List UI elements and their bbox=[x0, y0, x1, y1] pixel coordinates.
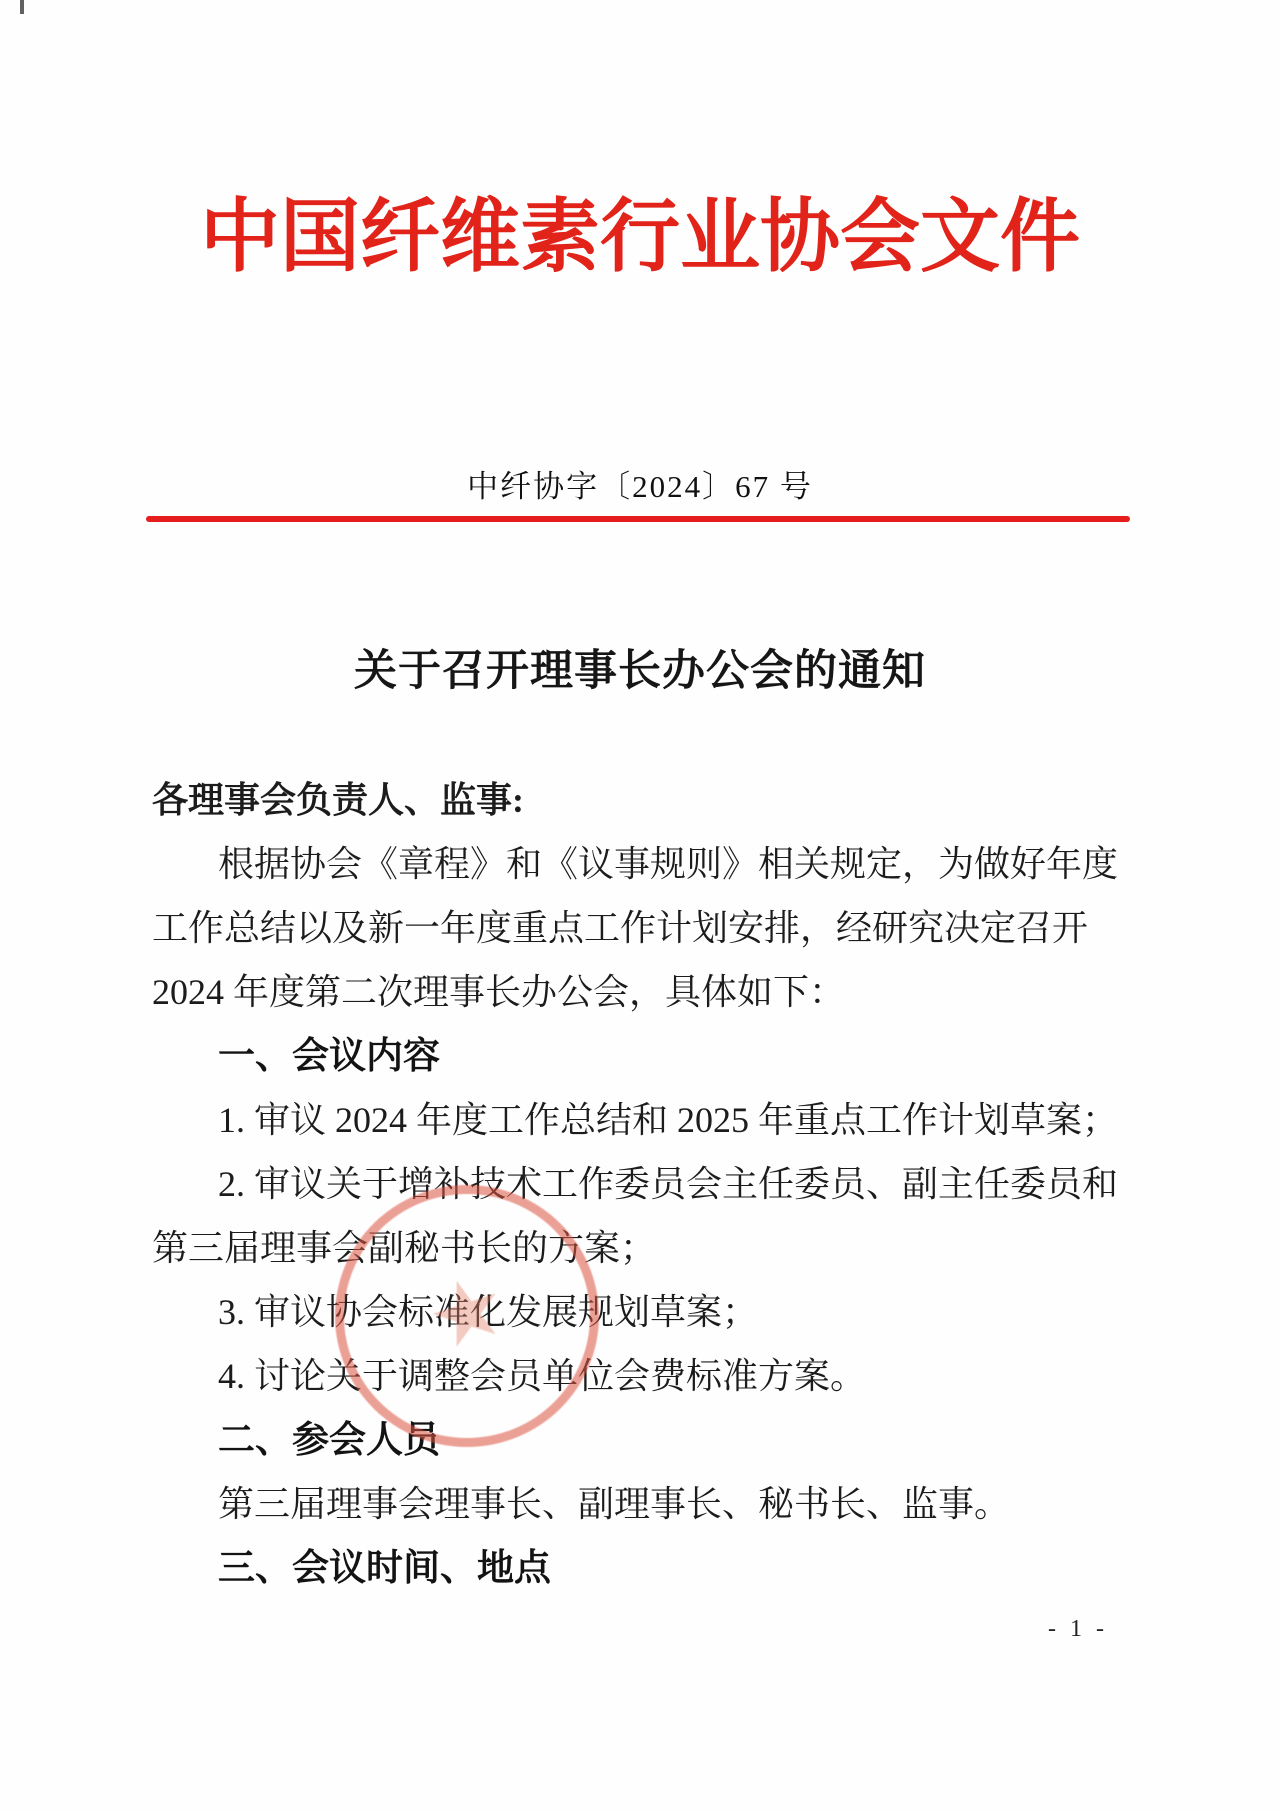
body-line: 一、会议内容 bbox=[152, 1024, 1144, 1088]
page-number: - 1 - bbox=[1048, 1616, 1108, 1643]
body-line: 4. 讨论关于调整会员单位会费标准方案。 bbox=[152, 1344, 1144, 1408]
doc-number: 中纤协字〔2024〕67 号 bbox=[0, 461, 1280, 506]
body-line: 各理事会负责人、监事: bbox=[152, 768, 1144, 832]
body-line: 三、会议时间、地点 bbox=[152, 1536, 1144, 1600]
body-line: 根据协会《章程》和《议事规则》相关规定，为做好年度 bbox=[152, 832, 1144, 896]
document-body: 各理事会负责人、监事:根据协会《章程》和《议事规则》相关规定，为做好年度工作总结… bbox=[152, 768, 1144, 1600]
body-line: 2024 年度第二次理事长办公会，具体如下： bbox=[152, 960, 1144, 1024]
document-title: 关于召开理事长办公会的通知 bbox=[0, 637, 1280, 698]
scan-artifact-mark bbox=[20, 0, 24, 14]
body-line: 2. 审议关于增补技术工作委员会主任委员、副主任委员和 bbox=[152, 1152, 1144, 1216]
body-line: 二、参会人员 bbox=[152, 1408, 1144, 1472]
body-line: 1. 审议 2024 年度工作总结和 2025 年重点工作计划草案； bbox=[152, 1088, 1144, 1152]
body-line: 工作总结以及新一年度重点工作计划安排，经研究决定召开 bbox=[152, 896, 1144, 960]
document-page: 中国纤维素行业协会文件 中纤协字〔2024〕67 号 关于召开理事长办公会的通知… bbox=[0, 0, 1280, 1811]
body-line: 3. 审议协会标准化发展规划草案； bbox=[152, 1280, 1144, 1344]
body-line: 第三届理事会副秘书长的方案； bbox=[152, 1216, 1144, 1280]
red-divider-rule bbox=[146, 516, 1130, 522]
masthead-title: 中国纤维素行业协会文件 bbox=[0, 190, 1280, 286]
body-line: 第三届理事会理事长、副理事长、秘书长、监事。 bbox=[152, 1472, 1144, 1536]
